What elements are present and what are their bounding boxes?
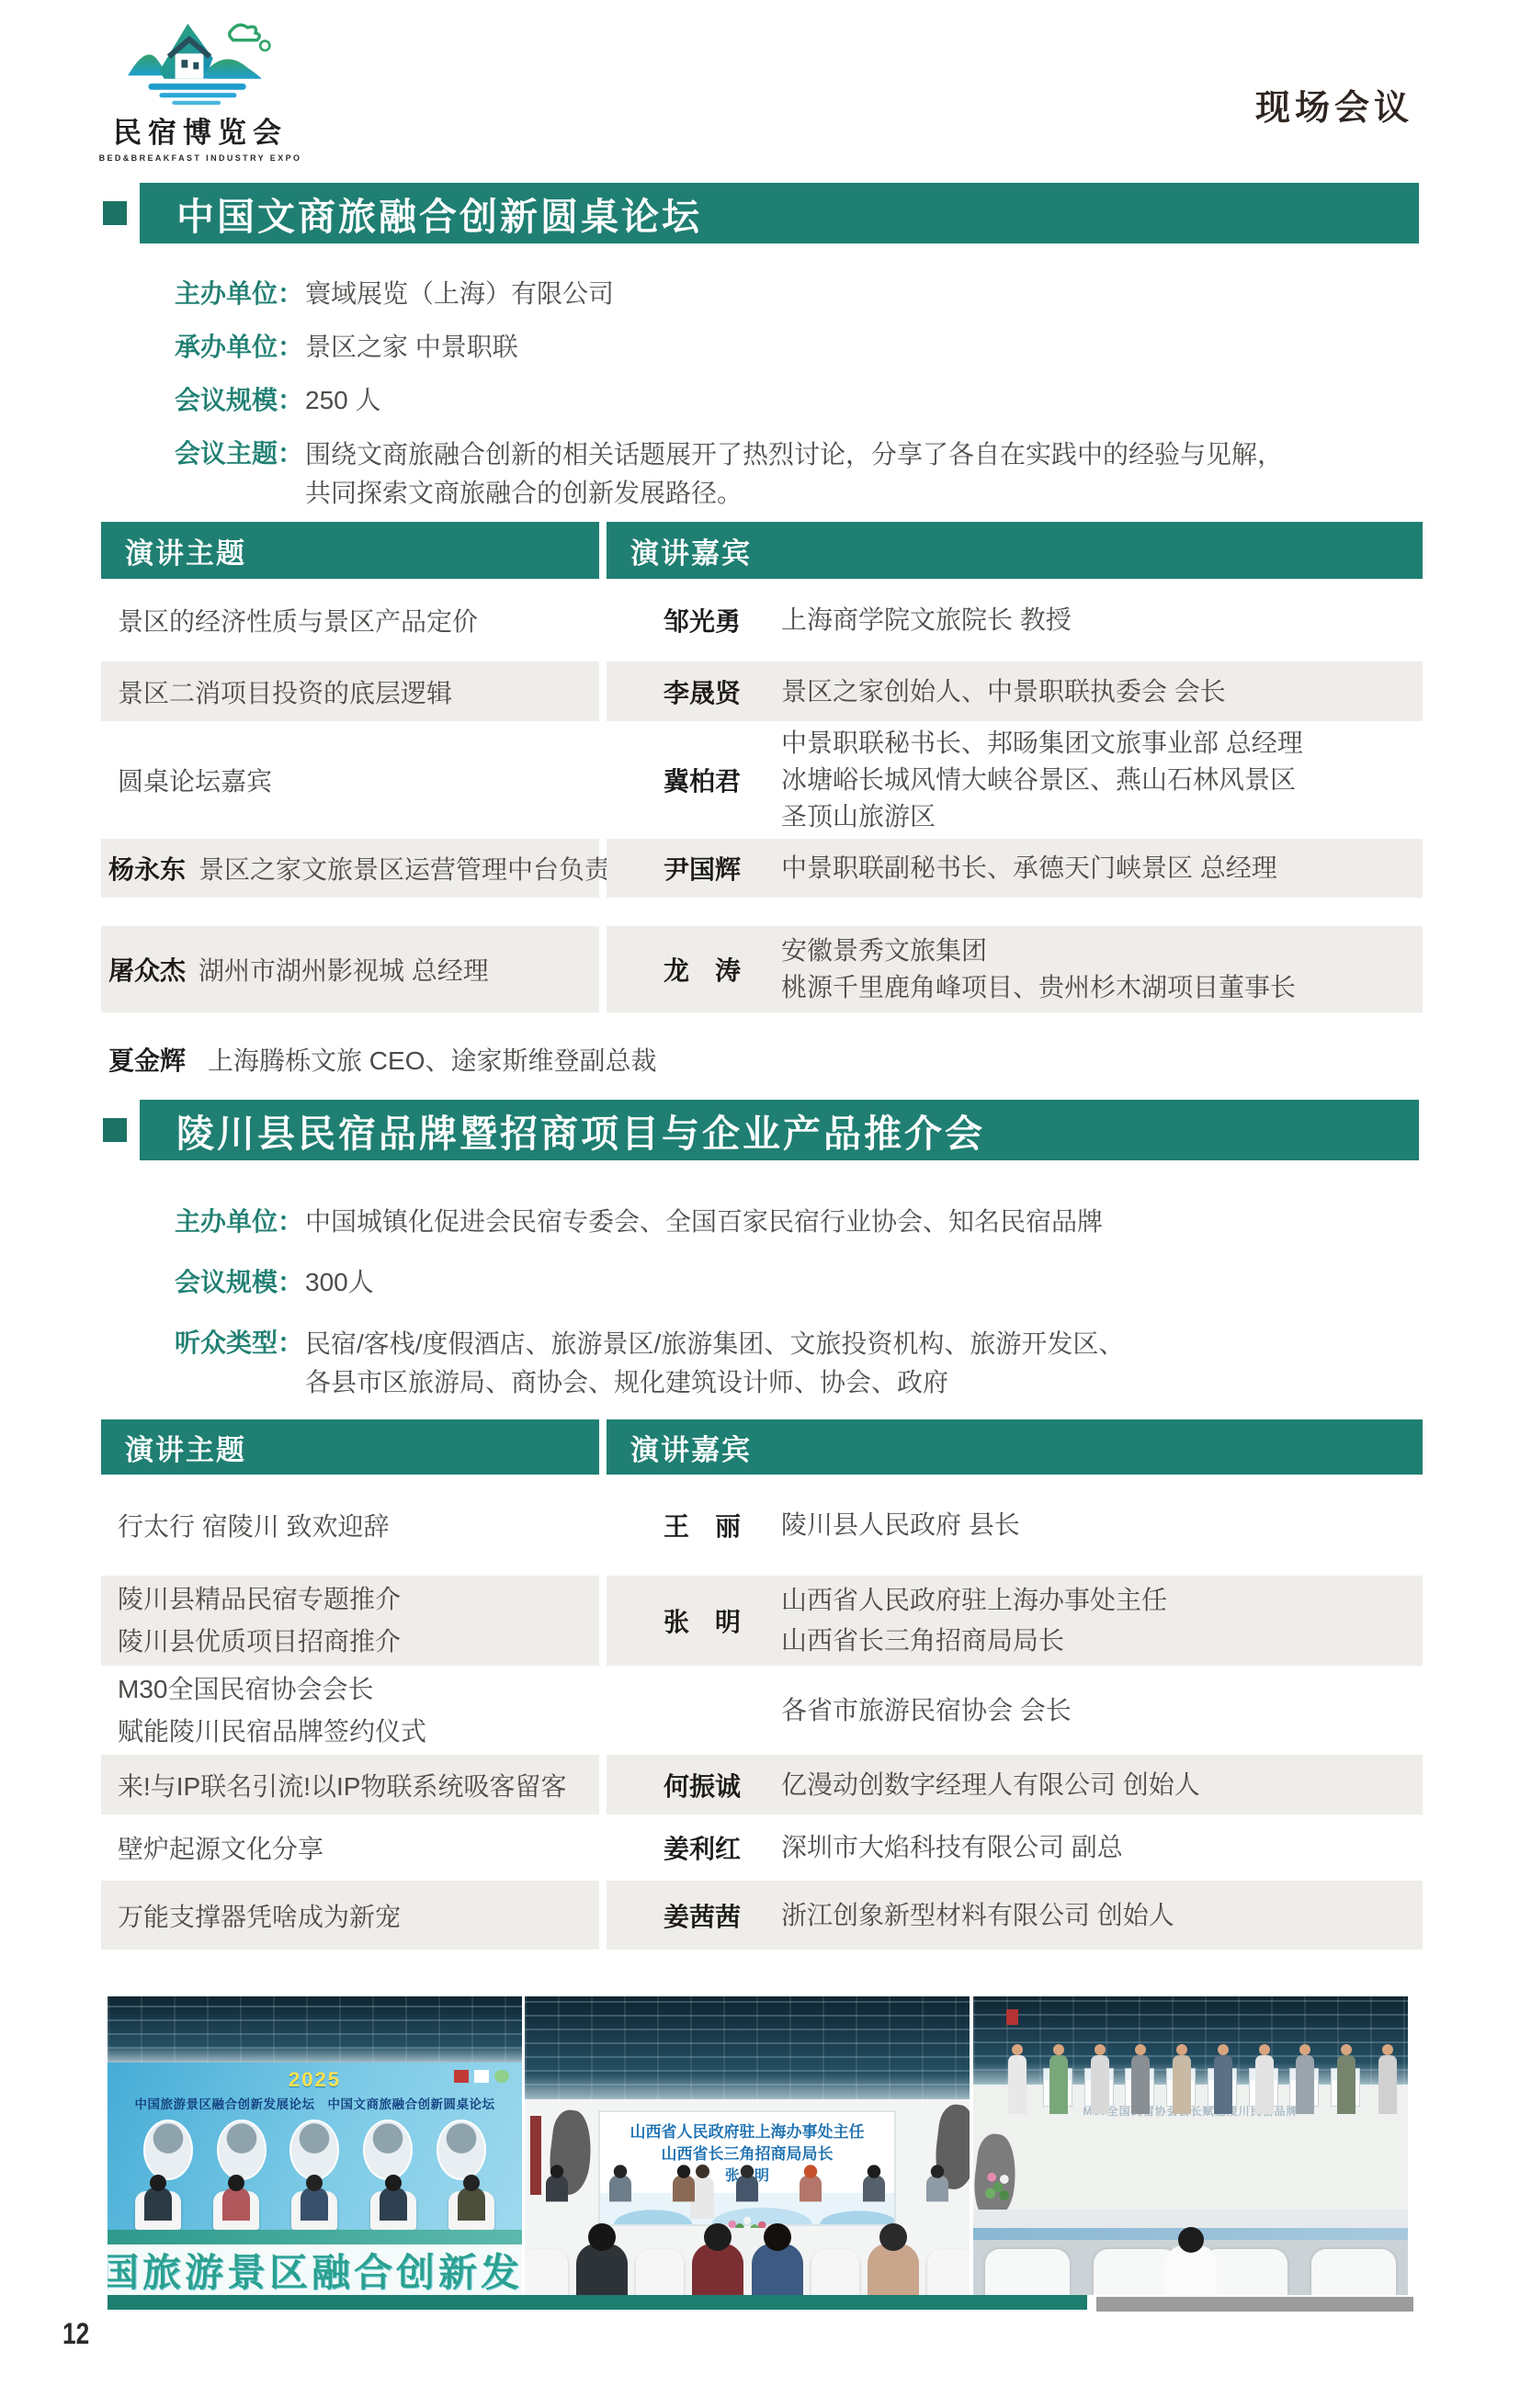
logo-title: 民宿博览会 — [53, 109, 347, 151]
table-row: 来!与IP联名引流!以IP物联系统吸客留客 何振诚 亿漫动创数字经理人有限公司 … — [101, 1755, 1423, 1814]
guest-name: 王 丽 — [664, 1507, 781, 1543]
meta-row: 会议规模： 250 人 — [175, 382, 1424, 419]
section-title: 中国文商旅融合创新圆桌论坛 — [176, 187, 702, 241]
table-row: 景区的经济性质与景区产品定价 邹光勇 上海商学院文旅院长 教授 — [101, 579, 1423, 661]
stage-backdrop: 2025 中国旅游景区融合创新发展论坛 中国文商旅融合创新圆桌论坛 — [108, 2063, 522, 2230]
audience-figure — [1165, 2245, 1217, 2295]
ceiling — [525, 1996, 970, 2099]
section1-meta: 主办单位： 寰域展览（上海）有限公司 承办单位： 景区之家 中景职联 会议规模：… — [175, 276, 1424, 529]
logo-tagline: BED&BREAKFAST INDUSTRY EXPO — [53, 153, 347, 163]
table-footer-row: 夏金辉 上海腾栎文旅 CEO、途家斯维登副总裁 — [101, 1036, 1423, 1082]
guest-name: 姜茜茜 — [664, 1897, 781, 1934]
panelists — [108, 2175, 522, 2230]
guest-name: 李晟贤 — [664, 673, 781, 710]
guest-name: 龙 涛 — [664, 951, 781, 988]
table-row: 圆桌论坛嘉宾 冀柏君 中景职联秘书长、邦旸集团文旅事业部 总经理 冰塘峪长城风情… — [101, 721, 1423, 839]
table-row: 壁炉起源文化分享 姜利红 深圳市大焰科技有限公司 副总 — [101, 1814, 1423, 1881]
section-bullet — [103, 1118, 127, 1142]
speaker-name: 夏金辉 — [108, 1041, 186, 1078]
footer-gray-bar — [1096, 2297, 1413, 2312]
stage-floor — [108, 2230, 522, 2244]
expo-logo: 民宿博览会 BED&BREAKFAST INDUSTRY EXPO — [53, 11, 347, 163]
stage-front-banner: 国旅游景区融合创新发 — [108, 2244, 522, 2295]
poster-holders — [1004, 2037, 1401, 2121]
table-row: 屠众杰 湖州市湖州影视城 总经理 龙 涛 安徽景秀文旅集团 桃源千里鹿角峰项目、… — [101, 926, 1423, 1012]
meta-row: 会议规模： 300人 — [175, 1264, 1424, 1301]
speaker-name: 屠众杰 — [108, 951, 186, 988]
section2-meta: 主办单位： 中国城镇化促进会民宿专委会、全国百家民宿行业协会、知名民宿品牌 会议… — [175, 1204, 1424, 1419]
meta-row: 承办单位： 景区之家 中景职联 — [175, 329, 1424, 366]
table-row: 景区二消项目投资的底层逻辑 李晟贤 景区之家创始人、中景职联执委会 会长 — [101, 661, 1423, 721]
red-logo — [1006, 2009, 1018, 2025]
table-roundtable: 演讲主题 演讲嘉宾 景区的经济性质与景区产品定价 邹光勇 上海商学院文旅院长 教… — [101, 522, 1423, 1082]
section-header-roundtable: 中国文商旅融合创新圆桌论坛 — [140, 183, 1419, 243]
speaker-name: 杨永东 — [108, 850, 186, 887]
section-title: 陵川县民宿品牌暨招商项目与企业产品推介会 — [176, 1103, 985, 1158]
table-row: 行太行 宿陵川 致欢迎辞 王 丽 陵川县人民政府 县长 — [101, 1475, 1423, 1576]
ceiling — [108, 1996, 522, 2063]
photo-shanxi-speech: 山西省人民政府驻上海办事处主任 山西省长三角招商局局长 张 明 — [525, 1996, 970, 2295]
guest-name: 尹国辉 — [664, 850, 781, 887]
meta-row: 主办单位： 中国城镇化促进会民宿专委会、全国百家民宿行业协会、知名民宿品牌 — [175, 1204, 1424, 1240]
photo-signing-ceremony: M30全国民宿协会会长赋能陵川民宿品牌 — [973, 1996, 1408, 2295]
guest-name: 冀柏君 — [664, 762, 781, 798]
guest-name: 张 明 — [664, 1602, 781, 1639]
col-header-topic: 演讲主题 — [101, 522, 599, 579]
col-header-guest: 演讲嘉宾 — [607, 1419, 1423, 1475]
col-header-guest: 演讲嘉宾 — [607, 522, 1423, 579]
mountain-house-logo-icon — [113, 11, 288, 110]
stage-skirt — [973, 2210, 1408, 2228]
sponsor-logos — [454, 2070, 509, 2083]
table-row: 万能支撑器凭啥成为新宠 姜茜茜 浙江创象新型材料有限公司 创始人 — [101, 1881, 1423, 1950]
guest-name: 邹光勇 — [664, 602, 781, 639]
section-bullet — [103, 201, 127, 225]
audience — [525, 2177, 970, 2295]
meta-row: 主办单位： 寰域展览（上海）有限公司 — [175, 276, 1424, 312]
page-corner-label: 现场会议 — [1255, 79, 1413, 130]
photo-roundtable-stage: 2025 中国旅游景区融合创新发展论坛 中国文商旅融合创新圆桌论坛 国旅游景区融… — [108, 1996, 522, 2295]
meta-row: 会议主题： 围绕文商旅融合创新的相关话题展开了热烈讨论，分享了各自在实践中的经验… — [175, 435, 1424, 513]
guest-name: 姜利红 — [664, 1829, 781, 1866]
backdrop-title: 中国旅游景区融合创新发展论坛 中国文商旅融合创新圆桌论坛 — [108, 2094, 522, 2112]
section-header-linchuan: 陵川县民宿品牌暨招商项目与企业产品推介会 — [140, 1100, 1419, 1160]
speaker-headshots — [108, 2112, 522, 2180]
table-linchuan: 演讲主题 演讲嘉宾 行太行 宿陵川 致欢迎辞 王 丽 陵川县人民政府 县长 陵川… — [101, 1419, 1423, 1950]
col-header-topic: 演讲主题 — [101, 1419, 599, 1475]
table-row: 杨永东 景区之家文旅景区运营管理中台负责人 尹国辉 中景职联副秘书长、承德天门峡… — [101, 839, 1423, 898]
flower-bouquet — [982, 2169, 1014, 2210]
table-row: 陵川县精品民宿专题推介 陵川县优质项目招商推介 张 明 山西省人民政府驻上海办事… — [101, 1576, 1423, 1666]
guest-name: 何振诚 — [664, 1767, 781, 1803]
footer-accent-bar — [108, 2295, 1087, 2310]
table-row: M30全国民宿协会会长 赋能陵川民宿品牌签约仪式 各省市旅游民宿协会 会长 — [101, 1666, 1423, 1755]
page-number: 12 — [62, 2317, 89, 2351]
meta-row: 听众类型： 民宿/客栈/度假酒店、旅游景区/旅游集团、文旅投资机构、旅游开发区、… — [175, 1325, 1424, 1402]
